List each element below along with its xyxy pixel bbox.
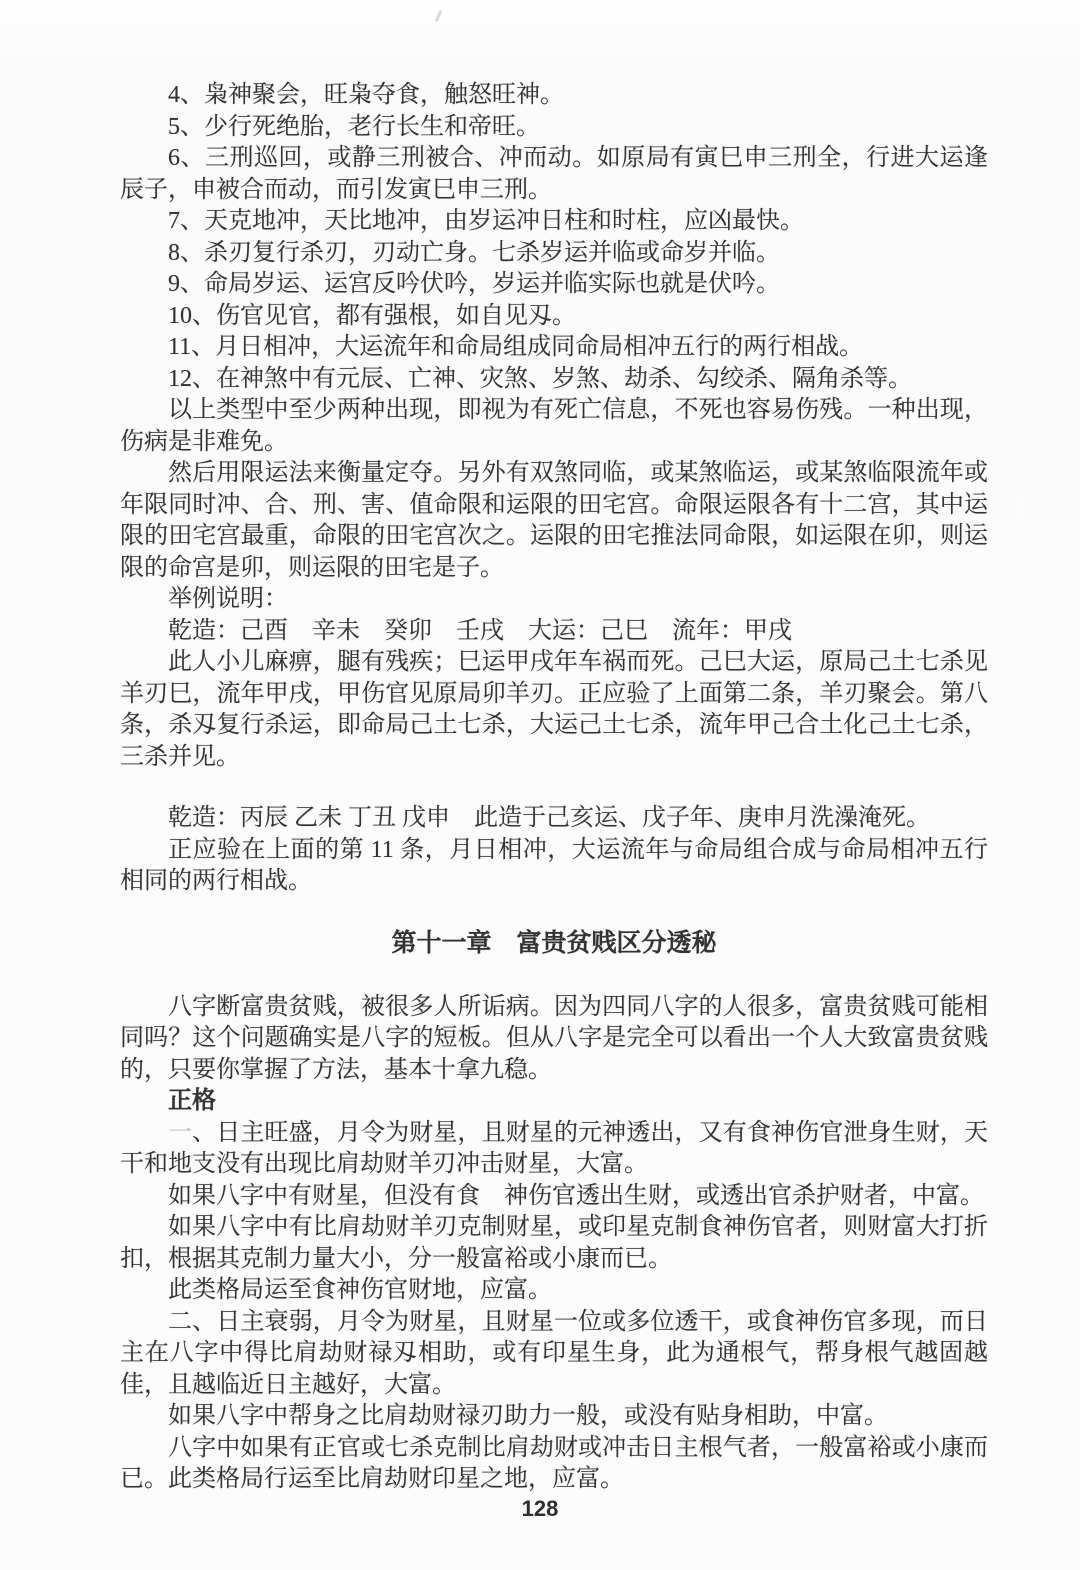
death-sign-item-7: 7、天克地冲，天比地冲，由岁运冲日柱和时柱，应凶最快。 xyxy=(120,206,988,238)
paragraph-summary: 以上类型中至少两种出现，即视为有死亡信息，不死也容易伤残。一种出现，伤病是非难免… xyxy=(120,395,988,458)
chapter-heading: 第十一章 富贵贫贱区分透秘 xyxy=(120,925,988,963)
death-sign-item-10: 10、伤官见官，都有强根，如自见刄。 xyxy=(120,301,988,333)
scan-smudge-mark xyxy=(435,10,443,22)
death-sign-item-5: 5、少行死绝胎，老行长生和帝旺。 xyxy=(120,112,988,144)
item-1-text: 、日主旺盛，月令为财星，且财星的元神透出，又有食神伤官泄身生财，天干和地支没有出… xyxy=(120,1120,988,1178)
paragraph-qianzao-2: 乾造：丙辰 乙未 丁丑 戊申 此造于己亥运、戊子年、庚申月洗澡淹死。 xyxy=(120,803,988,835)
faded-item-1-prefix: 一 xyxy=(168,1120,192,1146)
paragraph-limit-method: 然后用限运法来衡量定夺。另外有双煞同临，或某煞临运，或某煞临限流年或年限同时冲、… xyxy=(120,458,988,584)
death-sign-item-9: 9、命局岁运、运宫反吟伏吟，岁运并临实际也就是伏吟。 xyxy=(120,269,988,301)
paragraph-item-1-sub-1: 如果八字中有财星，但没有食 神伤官透出生财，或透出官杀护财者，中富。 xyxy=(120,1181,988,1213)
paragraph-analysis-1: 此人小儿麻痹，腿有残疾；巳运甲戌年车祸而死。己巳大运，原局己土七杀见羊刃巳，流年… xyxy=(120,647,988,773)
death-sign-item-8: 8、杀刃复行杀刃，刃动亡身。七杀岁运并临或命岁并临。 xyxy=(120,238,988,270)
page-number: 128 xyxy=(0,1496,1080,1522)
subheading-zhengge: 正格 xyxy=(120,1086,988,1118)
death-sign-item-11: 11、月日相冲，大运流年和命局组成同命局相冲五行的两行相战。 xyxy=(120,332,988,364)
death-sign-item-12: 12、在神煞中有元辰、亡神、灾煞、岁煞、劫杀、勾绞杀、隔角杀等。 xyxy=(120,364,988,396)
paragraph-item-1: 一、日主旺盛，月令为财星，且财星的元神透出，又有食神伤官泄身生财，天干和地支没有… xyxy=(120,1118,988,1181)
paragraph-chapter-intro: 八字断富贵贫贱，被很多人所诟病。因为四同八字的人很多，富贵贫贱可能相同吗？这个问… xyxy=(120,992,988,1087)
paragraph-qianzao-1: 乾造：己酉 辛未 癸卯 壬戌 大运：己巳 流年：甲戌 xyxy=(120,616,988,648)
paragraph-item-2-sub-1: 如果八字中帮身之比肩劫财禄刃助力一般，或没有贴身相助，中富。 xyxy=(120,1401,988,1433)
death-sign-item-6: 6、三刑巡回，或静三刑被合、冲而动。如原局有寅巳申三刑全，行进大运逢辰子，申被合… xyxy=(120,143,988,206)
paragraph-item-2: 二、日主衰弱，月令为财星，且财星一位或多位透干，或食神伤官多现，而日主在八字中得… xyxy=(120,1307,988,1402)
death-sign-item-4: 4、枭神聚会，旺枭夺食，触怒旺神。 xyxy=(120,80,988,112)
paragraph-example-label: 举例说明： xyxy=(120,584,988,616)
paragraph-item-2-sub-2: 八字中如果有正官或七杀克制比肩劫财或冲击日主根气者，一般富裕或小康而已。此类格局… xyxy=(120,1433,988,1496)
paragraph-analysis-2: 正应验在上面的第 11 条，月日相冲，大运流年与命局组合成与命局相冲五行相同的两… xyxy=(120,835,988,898)
paragraph-item-1-sub-3: 此类格局运至食神伤官财地，应富。 xyxy=(120,1275,988,1307)
page-content: 4、枭神聚会，旺枭夺食，触怒旺神。 5、少行死绝胎，老行长生和帝旺。 6、三刑巡… xyxy=(120,80,988,1496)
paragraph-item-1-sub-2: 如果八字中有比肩劫财羊刃克制财星，或印星克制食神伤官者，则财富大打折扣，根据其克… xyxy=(120,1212,988,1275)
scanned-book-page: 4、枭神聚会，旺枭夺食，触怒旺神。 5、少行死绝胎，老行长生和帝旺。 6、三刑巡… xyxy=(0,0,1080,1570)
